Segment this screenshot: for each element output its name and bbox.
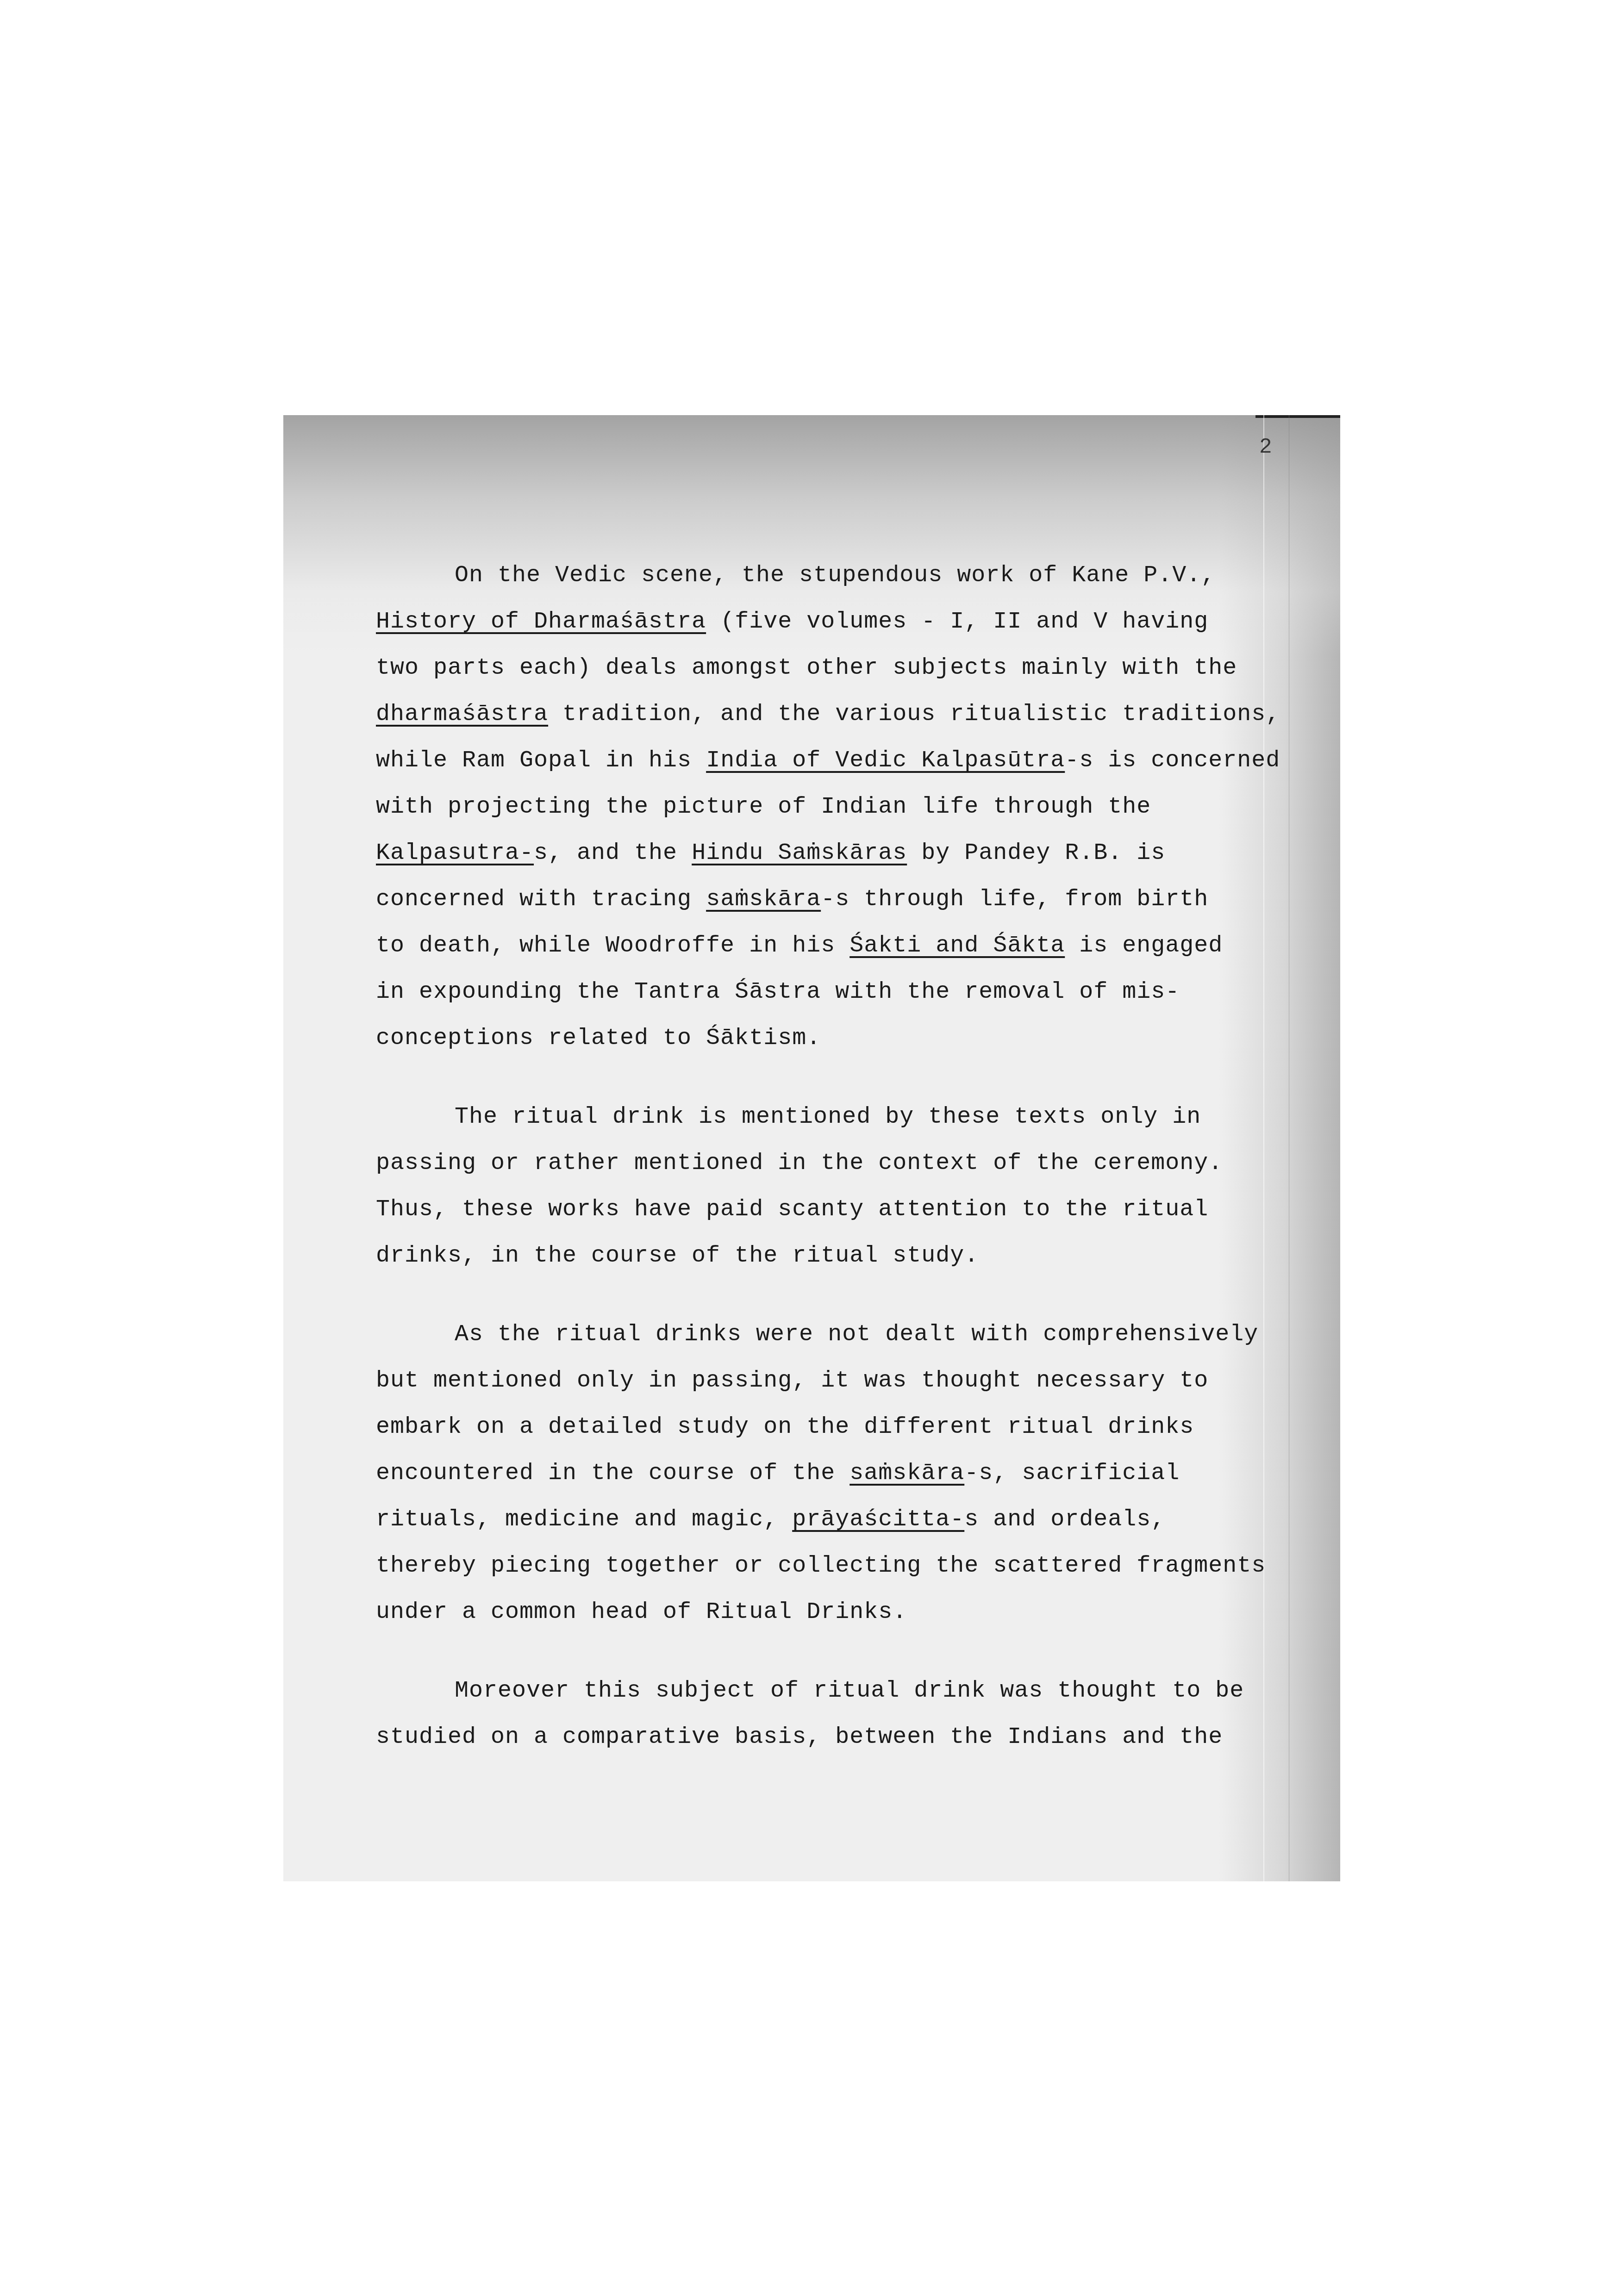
text-span: drinks, in the course of the ritual stud…	[376, 1243, 979, 1269]
text-span: As the ritual drinks were not dealt with…	[455, 1321, 1258, 1348]
text-line: while Ram Gopal in his India of Vedic Ka…	[376, 747, 1280, 774]
text-span: is engaged	[1065, 933, 1223, 959]
text-span: but mentioned only in passing, it was th…	[376, 1368, 1208, 1394]
text-span: in expounding the Tantra Śāstra with the…	[376, 979, 1180, 1005]
text-span: passing or rather mentioned in the conte…	[376, 1150, 1223, 1176]
underlined-title: Śakti and Śākta	[849, 933, 1065, 959]
text-span: while Ram Gopal in his	[376, 747, 706, 774]
text-span: studied on a comparative basis, between …	[376, 1724, 1223, 1750]
underlined-title: prāyaścitta-	[792, 1506, 964, 1533]
text-span: -s, sacrificial	[964, 1460, 1180, 1487]
page-number: 2	[1259, 435, 1272, 459]
text-span: two parts each) deals amongst other subj…	[376, 655, 1237, 681]
text-line: drinks, in the course of the ritual stud…	[376, 1243, 979, 1269]
page-top-edge	[1255, 415, 1340, 418]
text-line: studied on a comparative basis, between …	[376, 1724, 1223, 1750]
text-line: concerned with tracing saṁskāra-s throug…	[376, 886, 1208, 913]
text-span: conceptions related to Śāktism.	[376, 1025, 821, 1052]
underlined-title: saṁskāra	[706, 886, 821, 913]
text-span: encountered in the course of the	[376, 1460, 849, 1487]
text-span: s, and the	[534, 840, 692, 866]
text-line: The ritual drink is mentioned by these t…	[455, 1104, 1201, 1130]
underlined-title: Kalpasutra-	[376, 840, 534, 866]
text-span: thereby piecing together or collecting t…	[376, 1553, 1266, 1579]
text-span: with projecting the picture of Indian li…	[376, 794, 1151, 820]
text-line: two parts each) deals amongst other subj…	[376, 655, 1237, 681]
text-span: to death, while Woodroffe in his	[376, 933, 849, 959]
underlined-title: dharmaśāstra	[376, 701, 548, 728]
text-line: Kalpasutra-s, and the Hindu Saṁskāras by…	[376, 840, 1165, 866]
text-line: with projecting the picture of Indian li…	[376, 794, 1151, 820]
text-line: As the ritual drinks were not dealt with…	[455, 1321, 1258, 1348]
text-span: rituals, medicine and magic,	[376, 1506, 792, 1533]
text-span: under a common head of Ritual Drinks.	[376, 1599, 907, 1625]
text-line: passing or rather mentioned in the conte…	[376, 1150, 1223, 1176]
text-line: encountered in the course of the saṁskār…	[376, 1460, 1180, 1487]
text-span: embark on a detailed study on the differ…	[376, 1414, 1194, 1440]
text-span: On the Vedic scene, the stupendous work …	[455, 562, 1215, 589]
text-line: under a common head of Ritual Drinks.	[376, 1599, 907, 1625]
text-line: On the Vedic scene, the stupendous work …	[455, 562, 1215, 589]
text-line: embark on a detailed study on the differ…	[376, 1414, 1194, 1440]
text-span: s and ordeals,	[964, 1506, 1165, 1533]
text-span: tradition, and the various ritualistic t…	[548, 701, 1280, 728]
text-line: Thus, these works have paid scanty atten…	[376, 1196, 1208, 1223]
text-line: conceptions related to Śāktism.	[376, 1025, 821, 1052]
text-span: -s is concerned	[1065, 747, 1280, 774]
underlined-title: India of Vedic Kalpasūtra	[706, 747, 1065, 774]
text-line: Moreover this subject of ritual drink wa…	[455, 1678, 1244, 1704]
scanned-page	[283, 415, 1340, 1881]
text-line: History of Dharmaśāstra (five volumes - …	[376, 609, 1208, 635]
text-span: The ritual drink is mentioned by these t…	[455, 1104, 1201, 1130]
text-line: in expounding the Tantra Śāstra with the…	[376, 979, 1180, 1005]
text-span: by Pandey R.B. is	[907, 840, 1165, 866]
text-span: Moreover this subject of ritual drink wa…	[455, 1678, 1244, 1704]
text-line: thereby piecing together or collecting t…	[376, 1553, 1266, 1579]
text-span: Thus, these works have paid scanty atten…	[376, 1196, 1208, 1223]
page-fold-line	[1263, 415, 1264, 1881]
text-line: dharmaśāstra tradition, and the various …	[376, 701, 1280, 728]
text-line: rituals, medicine and magic, prāyaścitta…	[376, 1506, 1165, 1533]
text-span: concerned with tracing	[376, 886, 706, 913]
page-fold-line	[1289, 415, 1289, 1881]
underlined-title: saṁskāra	[849, 1460, 964, 1487]
underlined-title: Hindu Saṁskāras	[692, 840, 907, 866]
text-line: but mentioned only in passing, it was th…	[376, 1368, 1208, 1394]
text-line: to death, while Woodroffe in his Śakti a…	[376, 933, 1223, 959]
underlined-title: History of Dharmaśāstra	[376, 609, 706, 635]
text-span: -s through life, from birth	[821, 886, 1208, 913]
text-span: (five volumes - I, II and V having	[706, 609, 1208, 635]
